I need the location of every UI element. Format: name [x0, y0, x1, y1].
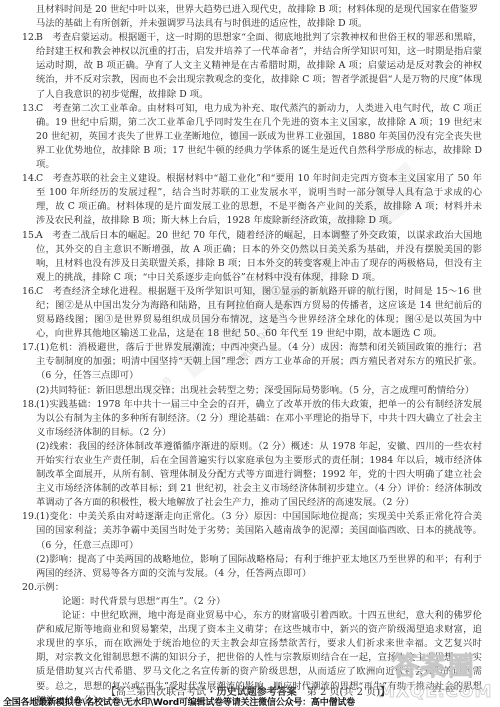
answer-content: 且材料时间是 20 世纪中叶以来，世界大趋势已进入现代史，故排除 B 项；材料体… — [22, 3, 482, 707]
bottom-banner: 全国各地最新模拟卷\名校试卷\无水印\Word可编辑试卷等请关注微信公众号：高中… — [3, 695, 355, 707]
answer-key-page: 微信公众号 高中僧试卷 公众号 且材料时间是 20 世纪中叶以来，世界大趋势已进… — [0, 0, 500, 707]
answer-part-2: (2)影响：提高了中美两国的战略地位，影响了国际战略格局；有利于维护亚太地区乃至… — [36, 553, 482, 581]
answer-text: A 考查二战后日本的崛起。20 世纪 70 年代，随着经济的崛起，日本调整了外交… — [36, 230, 482, 283]
question-number: 15. — [22, 229, 37, 243]
answer-part-1: (1)危机：消极避世，落后于世界发展潮流；中西冲突凸显。（4 分）成因：海禁和闭… — [36, 341, 482, 383]
answer-part-2: (2)共同特征：新旧思想出现交锋；出现社会转型之势；深受国际局势影响。（5 分，… — [36, 384, 482, 398]
answer-part-1: (1)实践基础：1978 年中共十一届三中全会的召开，确立了改革开放的伟大政策，… — [36, 398, 482, 440]
thesis: 论题：时代背景与思想“再生”。（2 分） — [36, 595, 482, 609]
answer-part-2: (2)线索：我国的经济体制改革遵循循序渐进的原则。（2 分）概述：从 1978 … — [36, 440, 482, 510]
answer-17: 17. (1)危机：消极避世，落后于世界发展潮流；中西冲突凸显。（4 分）成因：… — [22, 341, 482, 397]
example-label: 示例： — [36, 581, 482, 595]
watermark-stamp: 答案圈 MXQE.COM — [378, 646, 496, 704]
footer-close-bracket: 】 — [380, 687, 390, 698]
question-number: 18. — [22, 398, 37, 412]
answer-16: 16. C 考查经济全球化进程。根据题干及所学知识可知，图①显示的新航路开辟的航… — [22, 285, 482, 341]
footer-code: 21-62-27 — [432, 685, 468, 694]
answer-text: C 考查苏联的社会主义建设。根据材料中“超工业化”和“要用 10 年时间走完西方… — [36, 173, 482, 226]
answer-15: 15. A 考查二战后日本的崛起。20 世纪 70 年代，随着经济的崛起，日本调… — [22, 229, 482, 285]
answer-part-1: (1)变化：中美关系由对峙逐渐走向正常化。（3 分）原因：中国国际地位提高；实现… — [36, 510, 482, 552]
answer-14: 14. C 考查苏联的社会主义建设。根据材料中“超工业化”和“要用 10 年时间… — [22, 172, 482, 228]
answer-text: C 考查经济全球化进程。根据题干及所学知识可知，图①显示的新航路开辟的航行图，时… — [36, 286, 482, 339]
answer-19: 19. (1)变化：中美关系由对峙逐渐走向正常化。（3 分）原因：中国国际地位提… — [22, 510, 482, 580]
answer-13: 13. C 考查第二次工业革命。由材料可知，电力成为补充、取代蒸汽的新动力，人类… — [22, 102, 482, 172]
continuation-paragraph: 且材料时间是 20 世纪中叶以来，世界大趋势已进入现代史，故排除 B 项；材料体… — [22, 3, 482, 31]
question-number: 14. — [22, 172, 37, 186]
question-number: 19. — [22, 510, 37, 524]
question-number: 20. — [22, 581, 37, 595]
answer-text: B 考查启蒙运动。根据题干，这一时期的思想家“全面、彻底地批判了宗教神权和世俗王… — [36, 32, 482, 99]
question-number: 13. — [22, 102, 37, 116]
answer-12: 12. B 考查启蒙运动。根据题干，这一时期的思想家“全面、彻底地批判了宗教神权… — [22, 31, 482, 101]
question-number: 16. — [22, 285, 37, 299]
intro-line-2: 马法的基础上有所创新，并未强调罗马法具有与时俱进的适应性，故排除 D 项。 — [36, 17, 482, 31]
question-number: 17. — [22, 341, 37, 355]
intro-line-1: 且材料时间是 20 世纪中叶以来，世界大趋势已进入现代史，故排除 B 项；材料体… — [36, 3, 482, 17]
answer-18: 18. (1)实践基础：1978 年中共十一届三中全会的召开，确立了改革开放的伟… — [22, 398, 482, 511]
question-number: 12. — [22, 31, 37, 45]
stamp-logo-text: 答案圈 — [392, 646, 476, 683]
answer-text: C 考查第二次工业革命。由材料可知，电力成为补充、取代蒸汽的新动力，人类进入电气… — [36, 103, 482, 170]
